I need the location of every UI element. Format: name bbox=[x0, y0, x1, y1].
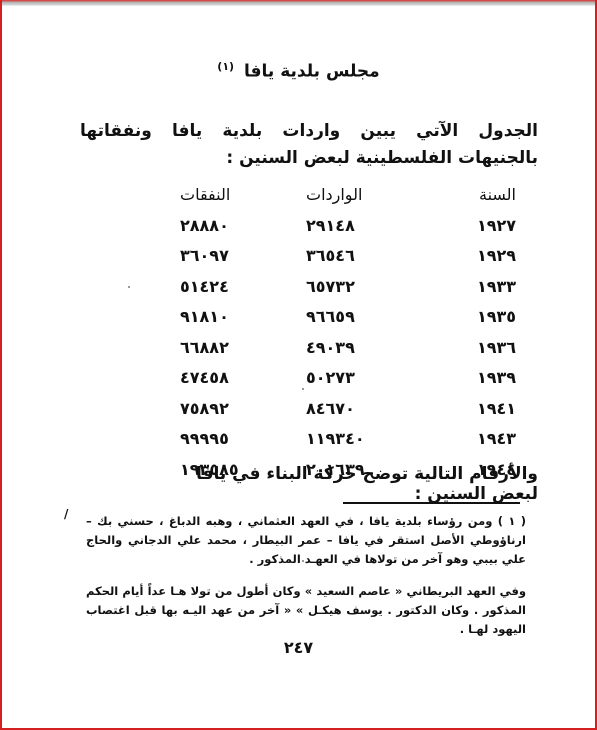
building-activity-intro: والأرقام التالية توضح حركة البناء في ياف… bbox=[160, 464, 538, 504]
cell-revenue: ١١٩٣٤٠ bbox=[306, 429, 446, 448]
cell-revenue: ٥٠٢٧٣ bbox=[306, 368, 446, 387]
header-expenses: النفقات bbox=[180, 185, 306, 204]
scan-speck bbox=[128, 286, 130, 288]
cell-revenue: ٦٥٧٣٢ bbox=[306, 277, 446, 296]
cell-year: ١٩٣٥ bbox=[446, 307, 516, 326]
cell-year: ١٩٢٧ bbox=[446, 216, 516, 235]
table-row: ١٩٣٦ ٤٩٠٣٩ ٦٦٨٨٢ bbox=[180, 332, 516, 363]
title-footnote-ref: (١) bbox=[217, 60, 234, 73]
cell-revenue: ٣٦٥٤٦ bbox=[306, 246, 446, 265]
revenue-expenses-table: السنة الواردات النفقات ١٩٢٧ ٢٩١٤٨ ٢٨٨٨٠ … bbox=[180, 178, 516, 485]
table-row: ١٩٣٩ ٥٠٢٧٣ ٤٧٤٥٨ bbox=[180, 363, 516, 394]
table-row: ١٩٣٥ ٩٦٦٥٩ ٩١٨١٠ bbox=[180, 302, 516, 333]
table-header-row: السنة الواردات النفقات bbox=[180, 178, 516, 210]
scan-speck bbox=[302, 388, 304, 390]
table-row: ١٩٢٧ ٢٩١٤٨ ٢٨٨٨٠ bbox=[180, 210, 516, 241]
cell-year: ١٩٢٩ bbox=[446, 246, 516, 265]
header-year: السنة bbox=[446, 185, 516, 204]
cell-expenses: ٦٦٨٨٢ bbox=[180, 338, 306, 357]
page-number: ٢٤٧ bbox=[0, 638, 597, 657]
cell-year: ١٩٣٣ bbox=[446, 277, 516, 296]
scan-speck bbox=[302, 560, 304, 562]
footnote-separator bbox=[343, 502, 520, 504]
table-row: ١٩٤١ ٨٤٦٧٠ ٧٥٨٩٢ bbox=[180, 393, 516, 424]
cell-revenue: ٢٩١٤٨ bbox=[306, 216, 446, 235]
page-title-text: مجلس بلدية يافا bbox=[244, 62, 380, 82]
cell-expenses: ٩٩٩٩٥ bbox=[180, 429, 306, 448]
cell-expenses: ٢٨٨٨٠ bbox=[180, 216, 306, 235]
table-row: ١٩٢٩ ٣٦٥٤٦ ٣٦٠٩٧ bbox=[180, 241, 516, 272]
cell-expenses: ٩١٨١٠ bbox=[180, 307, 306, 326]
cell-year: ١٩٤١ bbox=[446, 399, 516, 418]
cell-revenue: ٩٦٦٥٩ bbox=[306, 307, 446, 326]
page-title: مجلس بلدية يافا (١) bbox=[0, 60, 597, 82]
cell-revenue: ٨٤٦٧٠ bbox=[306, 399, 446, 418]
header-revenue: الواردات bbox=[306, 185, 446, 204]
cell-year: ١٩٤٣ bbox=[446, 429, 516, 448]
cell-expenses: ٥١٤٢٤ bbox=[180, 277, 306, 296]
intro-paragraph: الجدول الآتي يبين واردات بلدية يافا ونفق… bbox=[80, 118, 538, 172]
table-row: ١٩٣٣ ٦٥٧٣٢ ٥١٤٢٤ bbox=[180, 271, 516, 302]
cell-year: ١٩٣٩ bbox=[446, 368, 516, 387]
cell-expenses: ٧٥٨٩٢ bbox=[180, 399, 306, 418]
cell-expenses: ٤٧٤٥٨ bbox=[180, 368, 306, 387]
cell-expenses: ٣٦٠٩٧ bbox=[180, 246, 306, 265]
margin-mark: / bbox=[64, 507, 68, 521]
table-row: ١٩٤٣ ١١٩٣٤٠ ٩٩٩٩٥ bbox=[180, 424, 516, 455]
cell-revenue: ٤٩٠٣٩ bbox=[306, 338, 446, 357]
footnote-2: وفي العهد البريطاني « عاصم السعيد » وكان… bbox=[86, 582, 526, 639]
footnote-1: ( ١ ) ومن رؤساء بلدية يافا ، في العهد ال… bbox=[86, 512, 526, 569]
cell-year: ١٩٣٦ bbox=[446, 338, 516, 357]
